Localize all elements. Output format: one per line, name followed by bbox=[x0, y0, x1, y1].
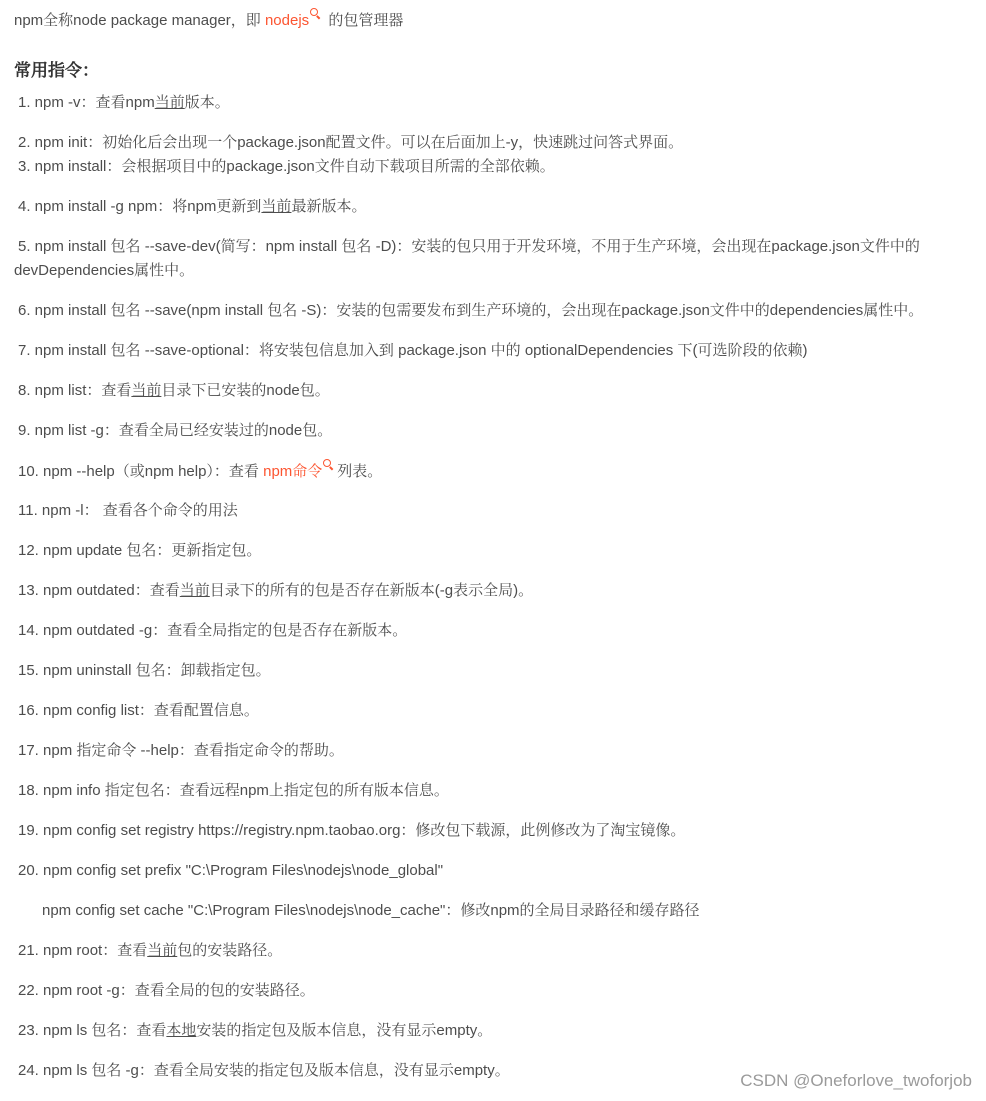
item-number: 24. bbox=[18, 1062, 39, 1079]
list-item-13: 13. npm outdated：查看当前目录下的所有的包是否存在新版本(-g表… bbox=[18, 579, 533, 603]
item-number: 17. bbox=[18, 742, 39, 759]
item-text: npm install -g npm：将npm更新到 bbox=[31, 198, 262, 215]
intro-paragraph: npm全称node package manager，即 nodejs 的包管理器 bbox=[14, 8, 403, 32]
list-item-18: 18. npm info 指定包名：查看远程npm上指定包的所有版本信息。 bbox=[18, 779, 449, 803]
item-number: 10. bbox=[18, 463, 39, 480]
current-link[interactable]: 当前 bbox=[131, 382, 161, 399]
current-link[interactable]: 当前 bbox=[180, 582, 210, 599]
item-text: 包的安装路径。 bbox=[177, 942, 282, 959]
nodejs-link[interactable]: nodejs bbox=[265, 12, 309, 29]
list-item-8: 8. npm list：查看当前目录下已安装的node包。 bbox=[18, 379, 330, 403]
intro-text-after: 的包管理器 bbox=[324, 12, 403, 29]
item-number: 6. bbox=[18, 302, 31, 319]
item-text: npm info 指定包名：查看远程npm上指定包的所有版本信息。 bbox=[39, 782, 449, 799]
item-text: npm outdated -g：查看全局指定的包是否存在新版本。 bbox=[39, 622, 407, 639]
list-item-1: 1. npm -v：查看npm当前版本。 bbox=[18, 91, 230, 115]
list-item-19: 19. npm config set registry https://regi… bbox=[18, 819, 685, 843]
item-text: npm ls 包名：查看 bbox=[39, 1022, 167, 1039]
npm-command-link[interactable]: npm命令 bbox=[263, 463, 322, 480]
list-item-5-continuation: devDependencies属性中。 bbox=[14, 259, 194, 283]
item-number: 12. bbox=[18, 542, 39, 559]
item-number: 7. bbox=[18, 342, 31, 359]
item-number: 18. bbox=[18, 782, 39, 799]
list-item-11: 11. npm -l： 查看各个命令的用法 bbox=[18, 499, 238, 523]
item-text: npm install：会根据项目中的package.json文件自动下载项目所… bbox=[31, 158, 555, 175]
current-link[interactable]: 当前 bbox=[147, 942, 177, 959]
item-number: 9. bbox=[18, 422, 31, 439]
item-text: 安装的指定包及版本信息，没有显示empty。 bbox=[196, 1022, 492, 1039]
list-item-16: 16. npm config list：查看配置信息。 bbox=[18, 699, 259, 723]
list-item-2: 2. npm init：初始化后会出现一个package.json配置文件。可以… bbox=[18, 131, 683, 155]
csdn-watermark: CSDN @Oneforlove_twoforjob bbox=[740, 1070, 972, 1092]
current-link[interactable]: 当前 bbox=[261, 198, 291, 215]
item-text: npm --help（或npm help）：查看 bbox=[39, 463, 263, 480]
item-number: 21. bbox=[18, 942, 39, 959]
list-item-22: 22. npm root -g：查看全局的包的安装路径。 bbox=[18, 979, 315, 1003]
item-number: 4. bbox=[18, 198, 31, 215]
list-item-23: 23. npm ls 包名：查看本地安装的指定包及版本信息，没有显示empty。 bbox=[18, 1019, 492, 1043]
item-text: npm root：查看 bbox=[39, 942, 147, 959]
section-heading: 常用指令： bbox=[14, 58, 99, 84]
item-text: npm install 包名 --save-optional：将安装包信息加入到… bbox=[31, 342, 808, 359]
item-number: 1. bbox=[18, 94, 31, 111]
item-number: 23. bbox=[18, 1022, 39, 1039]
list-item-15: 15. npm uninstall 包名：卸载指定包。 bbox=[18, 659, 271, 683]
item-text: npm config set prefix "C:\Program Files\… bbox=[39, 862, 443, 879]
item-number: 8. bbox=[18, 382, 31, 399]
item-text: npm -v：查看npm bbox=[31, 94, 155, 111]
item-number: 5. bbox=[18, 238, 31, 255]
item-text: npm ls 包名 -g：查看全局安装的指定包及版本信息，没有显示empty。 bbox=[39, 1062, 510, 1079]
item-number: 15. bbox=[18, 662, 39, 679]
list-item-7: 7. npm install 包名 --save-optional：将安装包信息… bbox=[18, 339, 807, 363]
item-text: npm list -g：查看全局已经安装过的node包。 bbox=[31, 422, 333, 439]
list-item-12: 12. npm update 包名：更新指定包。 bbox=[18, 539, 261, 563]
list-item-9: 9. npm list -g：查看全局已经安装过的node包。 bbox=[18, 419, 332, 443]
intro-text-before: npm全称node package manager，即 bbox=[14, 12, 265, 29]
item-number: 16. bbox=[18, 702, 39, 719]
item-text: npm root -g：查看全局的包的安装路径。 bbox=[39, 982, 315, 999]
search-icon[interactable] bbox=[323, 459, 334, 470]
item-number: 13. bbox=[18, 582, 39, 599]
list-item-6: 6. npm install 包名 --save(npm install 包名 … bbox=[18, 299, 923, 323]
item-number: 3. bbox=[18, 158, 31, 175]
item-number: 11. bbox=[18, 502, 38, 519]
list-item-24: 24. npm ls 包名 -g：查看全局安装的指定包及版本信息，没有显示emp… bbox=[18, 1059, 510, 1083]
list-item-20: 20. npm config set prefix "C:\Program Fi… bbox=[18, 859, 443, 883]
item-text: npm list：查看 bbox=[31, 382, 132, 399]
list-item-3: 3. npm install：会根据项目中的package.json文件自动下载… bbox=[18, 155, 555, 179]
item-text: npm config list：查看配置信息。 bbox=[39, 702, 259, 719]
item-text: npm -l： 查看各个命令的用法 bbox=[38, 502, 238, 519]
item-number: 22. bbox=[18, 982, 39, 999]
current-link[interactable]: 当前 bbox=[155, 94, 185, 111]
item-text: npm init：初始化后会出现一个package.json配置文件。可以在后面… bbox=[31, 134, 684, 151]
item-text: npm config set registry https://registry… bbox=[39, 822, 686, 839]
list-item-21: 21. npm root：查看当前包的安装路径。 bbox=[18, 939, 282, 963]
item-text: 版本。 bbox=[185, 94, 230, 111]
item-text: npm install 包名 --save-dev(简写：npm install… bbox=[31, 238, 920, 255]
list-item-14: 14. npm outdated -g：查看全局指定的包是否存在新版本。 bbox=[18, 619, 407, 643]
list-item-5: 5. npm install 包名 --save-dev(简写：npm inst… bbox=[18, 235, 920, 259]
list-item-10: 10. npm --help（或npm help）：查看 npm命令列表。 bbox=[18, 459, 382, 483]
local-link[interactable]: 本地 bbox=[166, 1022, 196, 1039]
item-text: npm 指定命令 --help：查看指定命令的帮助。 bbox=[39, 742, 344, 759]
item-text: 目录下的所有的包是否存在新版本(-g表示全局)。 bbox=[210, 582, 533, 599]
item-text: 最新版本。 bbox=[291, 198, 366, 215]
item-number: 2. bbox=[18, 134, 31, 151]
list-item-20-continuation: npm config set cache "C:\Program Files\n… bbox=[42, 899, 700, 923]
item-number: 19. bbox=[18, 822, 39, 839]
item-text: npm update 包名：更新指定包。 bbox=[39, 542, 262, 559]
list-item-17: 17. npm 指定命令 --help：查看指定命令的帮助。 bbox=[18, 739, 344, 763]
item-text: 列表。 bbox=[337, 463, 382, 480]
item-number: 20. bbox=[18, 862, 39, 879]
item-number: 14. bbox=[18, 622, 39, 639]
list-item-4: 4. npm install -g npm：将npm更新到当前最新版本。 bbox=[18, 195, 366, 219]
item-text: 目录下已安装的node包。 bbox=[161, 382, 329, 399]
item-text: npm install 包名 --save(npm install 包名 -S)… bbox=[31, 302, 924, 319]
item-text: npm uninstall 包名：卸载指定包。 bbox=[39, 662, 271, 679]
search-icon[interactable] bbox=[310, 8, 321, 19]
item-text: npm outdated：查看 bbox=[39, 582, 180, 599]
